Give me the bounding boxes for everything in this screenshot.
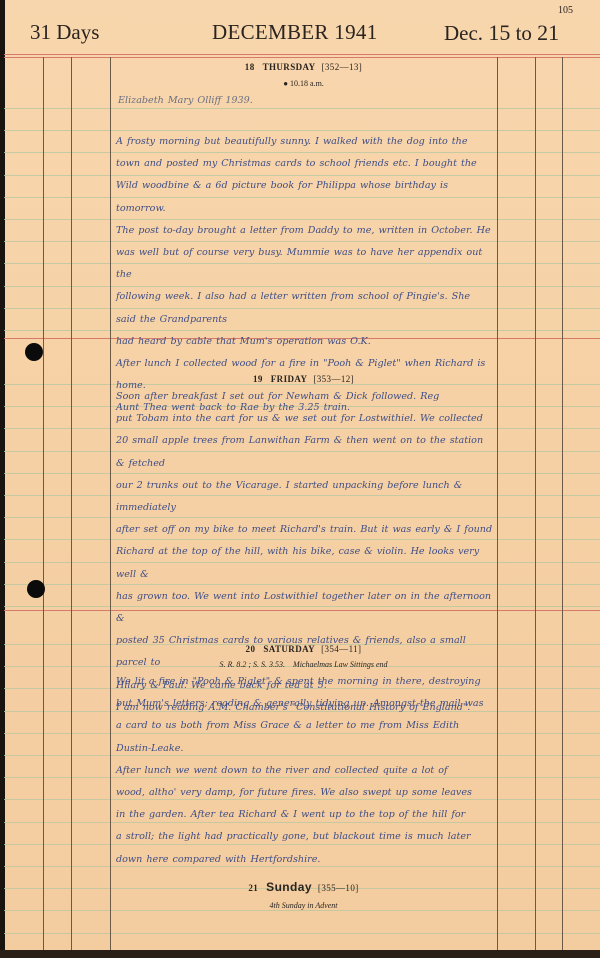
diary-entry-19: Soon after breakfast I set out for Newha… <box>116 386 494 719</box>
range-start: 15 <box>488 20 510 45</box>
range-end: 21 <box>537 20 559 45</box>
red-rule-top-2 <box>4 57 600 58</box>
column-rule <box>43 57 44 950</box>
punch-hole <box>27 580 45 598</box>
range-to: to <box>516 21 532 45</box>
red-rule-top <box>4 54 600 55</box>
page-spine-edge <box>0 0 5 958</box>
day-header-19: 19FRIDAY[353—12] <box>110 374 497 384</box>
column-rule <box>535 57 536 950</box>
pencil-signature: Elizabeth Mary Olliff 1939. <box>118 90 496 112</box>
month-year-title: DECEMBER 1941 <box>212 20 378 45</box>
range-prefix: Dec. <box>444 21 483 45</box>
column-rule <box>497 57 498 950</box>
day-header-18: 18THURSDAY[352—13] <box>110 62 497 72</box>
moon-phase-note: ● 10.18 a.m. <box>110 79 497 88</box>
page-bottom-edge <box>0 950 600 958</box>
punch-hole <box>25 343 43 361</box>
day-21-note: 4th Sunday in Advent <box>110 901 497 910</box>
week-range: Dec. 15 to 21 <box>444 20 559 46</box>
page-number: 105 <box>558 5 573 16</box>
column-rule <box>110 57 111 950</box>
ruled-line <box>4 910 600 911</box>
day-header-20: 20SATURDAY[354—11] <box>110 644 497 654</box>
ruled-line <box>4 933 600 934</box>
day-header-21: 21Sunday[355—10] <box>110 880 497 894</box>
column-rule <box>562 57 563 950</box>
column-rule <box>71 57 72 950</box>
days-in-month: 31 Days <box>30 20 99 45</box>
diary-entry-20: We lit a fire in "Pooh & Piglet" & spent… <box>116 671 494 871</box>
day-20-almanac: S. R. 8.2 ; S. S. 3.53. Michaelmas Law S… <box>110 660 497 669</box>
